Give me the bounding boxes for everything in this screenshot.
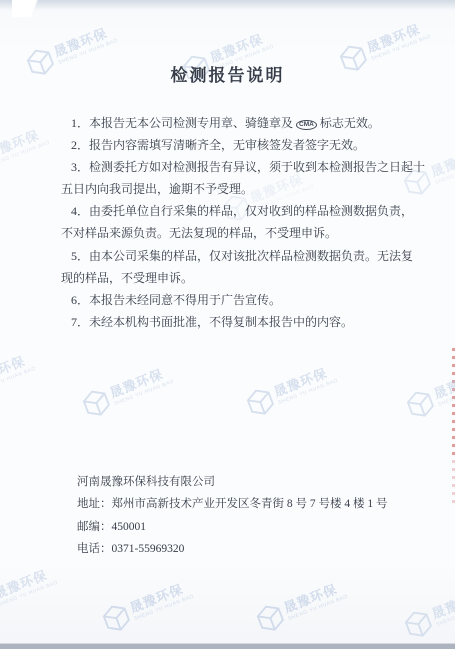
address-line: 地址：郑州市高新技术产业开发区冬青街 8 号 7 号楼 4 楼 1 号 <box>77 493 388 515</box>
watermark-text: 晟豫环保SHENG YU HUAN BAO <box>0 352 37 394</box>
watermark-en-text: SHENG YU HUAN BAO <box>277 378 339 406</box>
watermark-en-text: SHENG YU HUAN BAO <box>113 379 175 407</box>
watermark-text: 晟豫环保SHENG YU HUAN BAO <box>0 126 51 168</box>
watermark-cn-text: 晟豫环保 <box>208 30 272 65</box>
postcode-line: 邮编：450001 <box>77 516 388 538</box>
watermark-en-text: SHENG YU HUAN BAO <box>287 594 349 622</box>
notice-item-5: 5．由本公司采集的样品，仅对该批次样品检测数据负责。无法复 <box>61 245 425 267</box>
watermark-cn-text: 晟豫环保 <box>0 566 56 601</box>
company-contact-block: 河南晟豫环保科技有限公司 地址：郑州市高新技术产业开发区冬青街 8 号 7 号楼… <box>77 471 388 560</box>
watermark-text: 晟豫环保SHENG YU HUAN BAO <box>365 20 432 62</box>
watermark: 晟豫环保SHENG YU HUAN BAO <box>404 363 455 421</box>
notice-item-6: 6．本报告未经同意不得用于广告宣传。 <box>61 289 425 311</box>
notice-item-5-cont: 现的样品，不受理申诉。 <box>61 267 425 289</box>
notice-item-7: 7．未经本机构书面批准，不得复制本报告中的内容。 <box>61 311 425 333</box>
watermark-text: 晟豫环保SHENG YU HUAN BAO <box>282 580 349 622</box>
company-logo-icon <box>402 607 435 641</box>
watermark-cn-text: 晟豫环保 <box>128 580 192 615</box>
watermark-cn-text: 晟豫环保 <box>365 20 429 55</box>
watermark-text: 晟豫环保SHENG YU HUAN BAO <box>52 24 119 66</box>
company-logo-icon <box>244 385 277 419</box>
watermark-text: 晟豫环保SHENG YU HUAN BAO <box>108 365 175 407</box>
notice-item-4-cont: 不对样品来源负责。无法复现的样品，不受理申诉。 <box>61 222 425 244</box>
watermark-en-text: SHENG YU HUAN BAO <box>434 158 455 186</box>
watermark-text: 晟豫环保SHENG YU HUAN BAO <box>272 364 339 406</box>
watermark-text: 晟豫环保SHENG YU HUAN BAO <box>429 144 455 186</box>
page-corner-fold <box>12 0 64 17</box>
watermark: 晟豫环保SHENG YU HUAN BAO <box>100 577 196 635</box>
notice-item-1-text: 1．本报告无本公司检测专用章、骑缝章及 <box>71 116 293 130</box>
scan-bottom-edge <box>0 644 455 649</box>
watermark-text: 晟豫环保SHENG YU HUAN BAO <box>430 586 455 628</box>
watermark: 晟豫环保SHENG YU HUAN BAO <box>402 583 455 641</box>
watermark-en-text: SHENG YU HUAN BAO <box>0 140 51 168</box>
notice-item-4: 4．由委托单位自行采集的样品，仅对收到的样品检测数据负责， <box>61 200 425 222</box>
company-logo-icon <box>80 386 113 420</box>
watermark-en-text: SHENG YU HUAN BAO <box>0 580 59 608</box>
notice-item-2: 2．报告内容需填写清晰齐全，无审核签发者签字无效。 <box>61 134 425 156</box>
watermark-text: 晟豫环保SHENG YU HUAN BAO <box>128 580 195 622</box>
watermark-cn-text: 晟豫环保 <box>282 580 346 615</box>
notice-list: 1．本报告无本公司检测专用章、骑缝章及CMA标志无效。 2．报告内容需填写清晰齐… <box>61 112 425 333</box>
company-logo-icon <box>100 601 133 635</box>
watermark-cn-text: 晟豫环保 <box>0 126 48 161</box>
watermark: 晟豫环保SHENG YU HUAN BAO <box>80 362 176 420</box>
watermark: 晟豫环保SHENG YU HUAN BAO <box>0 563 60 621</box>
watermark-cn-text: 晟豫环保 <box>52 24 116 59</box>
cma-badge-icon: CMA <box>296 120 317 130</box>
company-logo-icon <box>254 601 287 635</box>
company-name: 河南晟豫环保科技有限公司 <box>77 471 388 493</box>
watermark-en-text: SHENG YU HUAN BAO <box>0 366 37 394</box>
watermark-cn-text: 晟豫环保 <box>430 586 455 621</box>
notice-item-1: 1．本报告无本公司检测专用章、骑缝章及CMA标志无效。 <box>61 112 425 134</box>
watermark-en-text: SHENG YU HUAN BAO <box>370 34 432 62</box>
notice-item-1-text: 标志无效。 <box>320 116 380 130</box>
watermark-en-text: SHENG YU HUAN BAO <box>435 600 455 628</box>
phone-line: 电话：0371-55969320 <box>77 538 388 560</box>
watermark: 晟豫环保SHENG YU HUAN BAO <box>244 361 340 419</box>
watermark-en-text: SHENG YU HUAN BAO <box>133 594 195 622</box>
notice-item-3-cont: 五日内向我司提出，逾期不予受理。 <box>61 178 425 200</box>
report-notice-page: 晟豫环保SHENG YU HUAN BAO晟豫环保SHENG YU HUAN B… <box>0 0 455 649</box>
watermark-text: 晟豫环保SHENG YU HUAN BAO <box>0 566 59 608</box>
notice-item-3: 3．检测委托方如对检测报告有异议，须于收到本检测报告之日起十 <box>61 156 425 178</box>
scan-top-edge <box>0 0 455 10</box>
company-logo-icon <box>404 387 437 421</box>
watermark: 晟豫环保SHENG YU HUAN BAO <box>0 123 52 181</box>
watermark-cn-text: 晟豫环保 <box>0 352 34 387</box>
watermark: 晟豫环保SHENG YU HUAN BAO <box>0 349 38 407</box>
watermark-cn-text: 晟豫环保 <box>272 364 336 399</box>
watermark-cn-text: 晟豫环保 <box>108 365 172 400</box>
watermark: 晟豫环保SHENG YU HUAN BAO <box>254 577 350 635</box>
page-title: 检测报告说明 <box>0 61 455 86</box>
watermark-cn-text: 晟豫环保 <box>429 144 455 179</box>
